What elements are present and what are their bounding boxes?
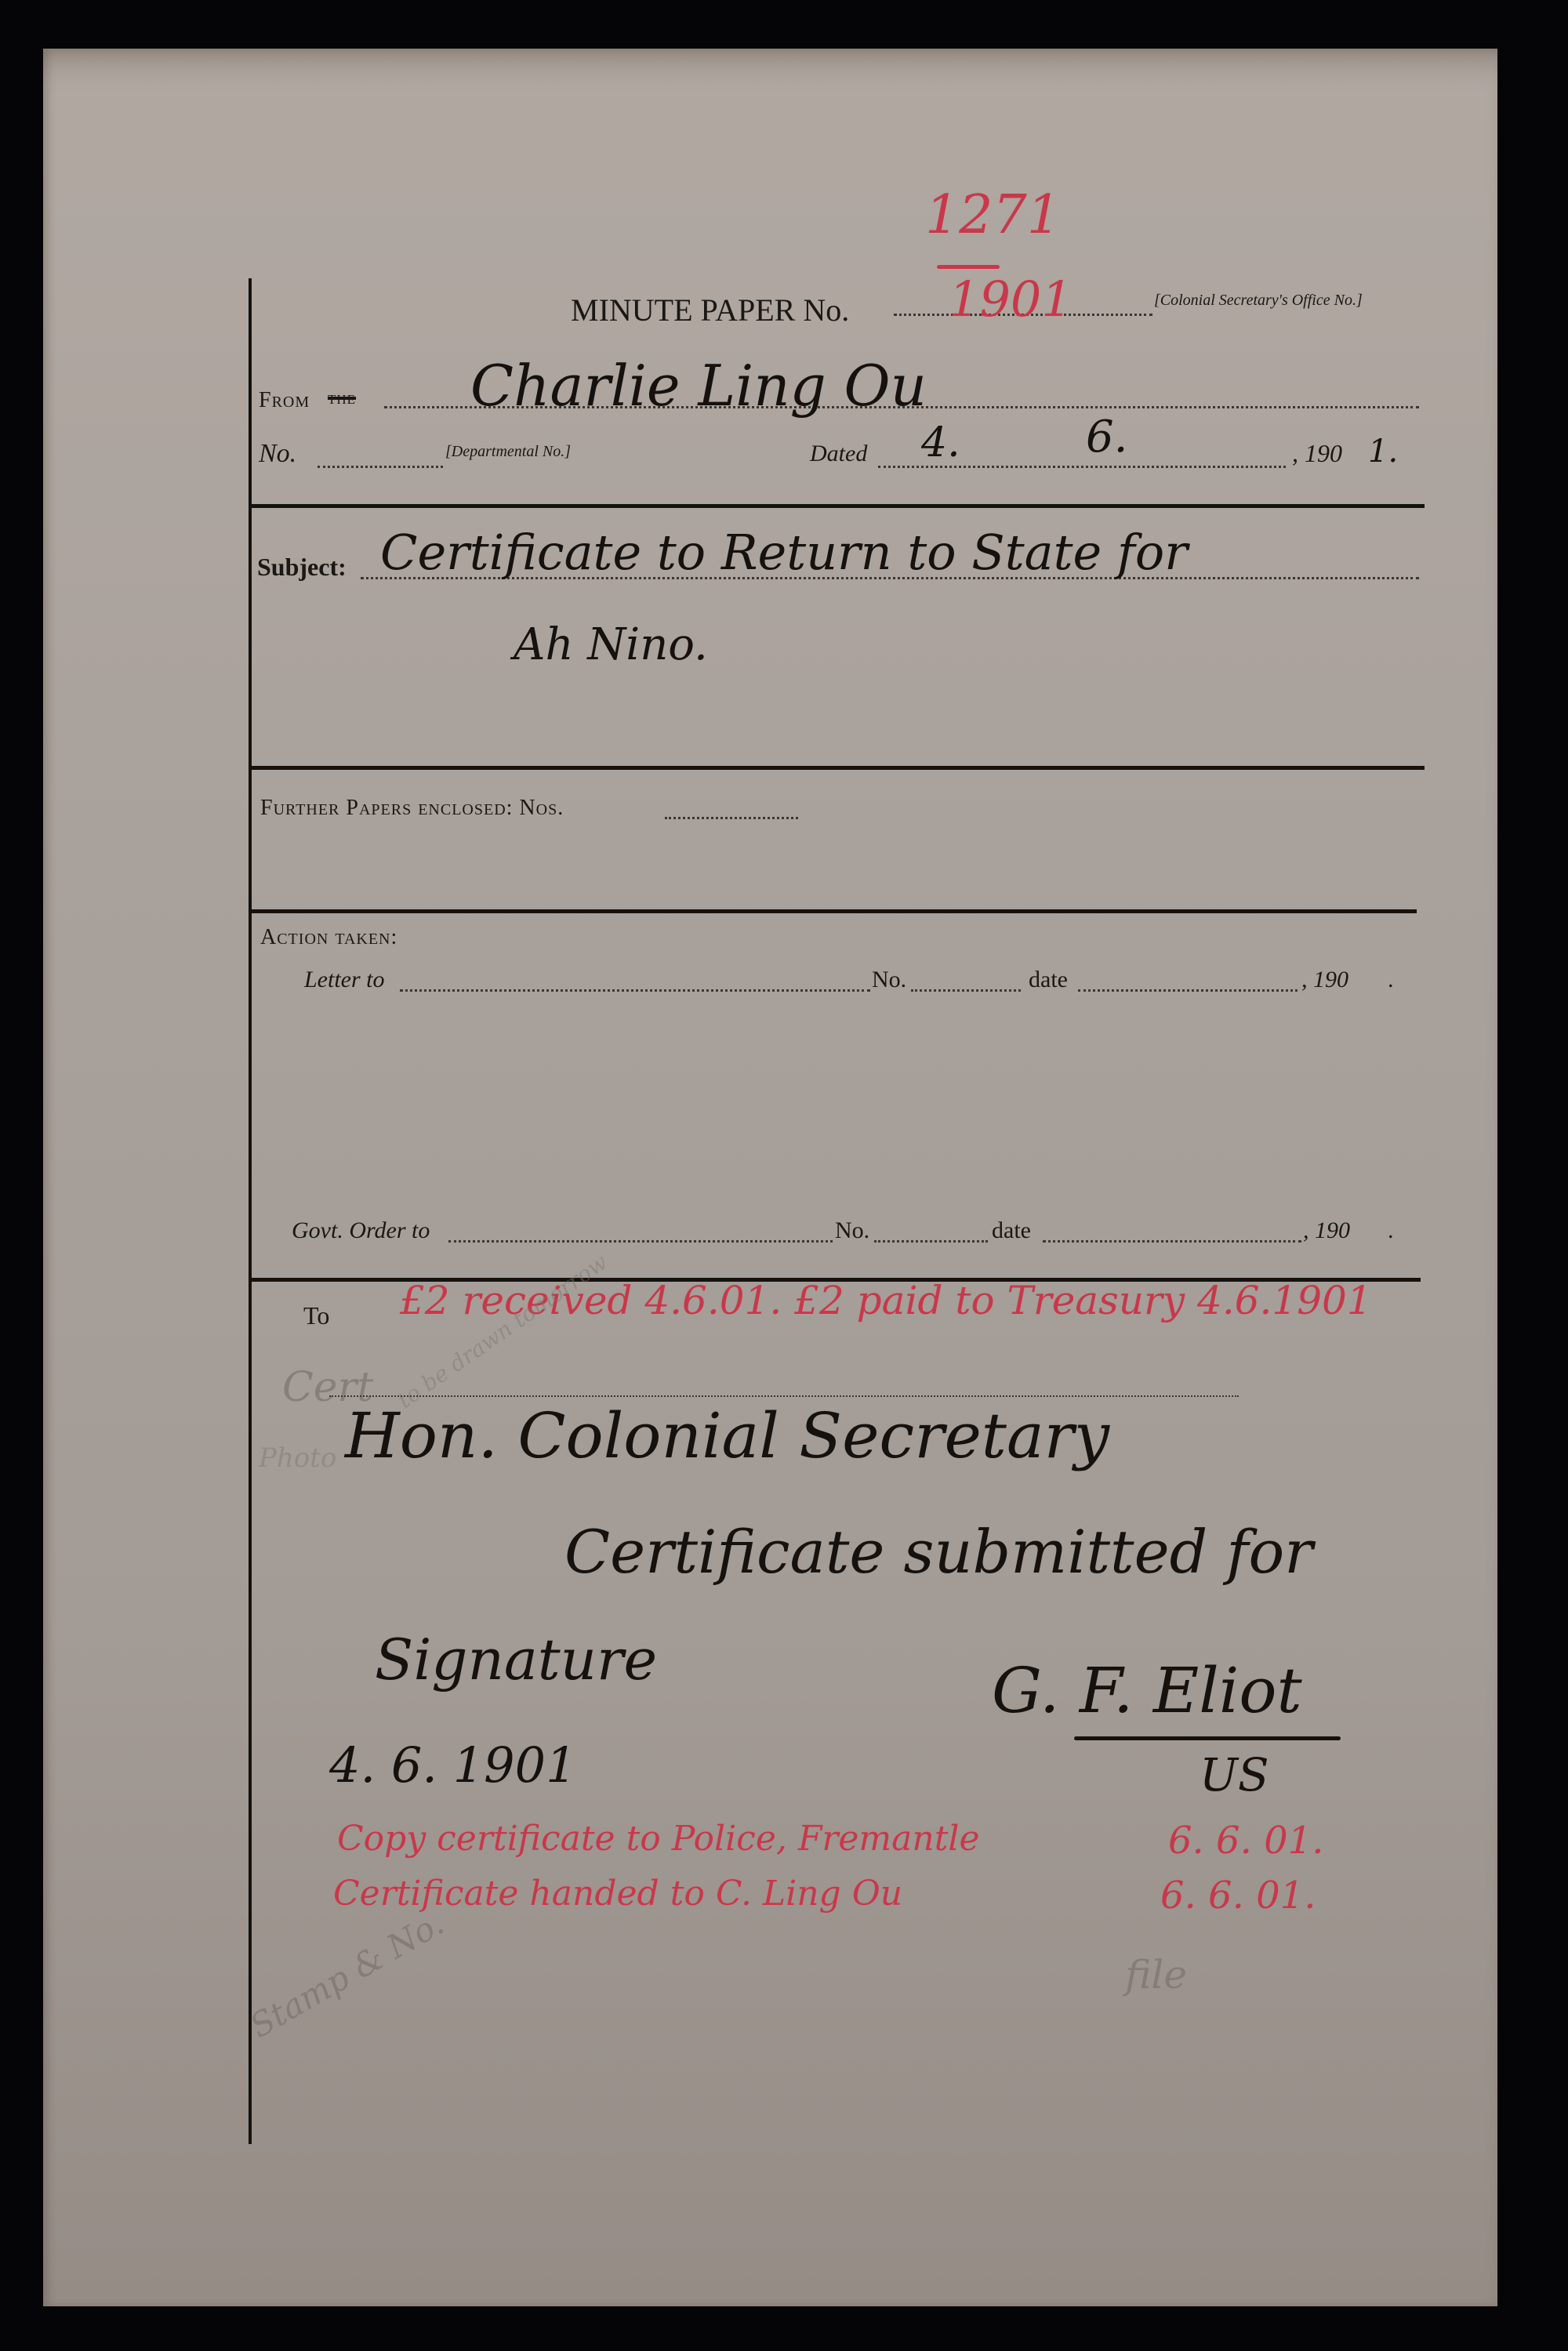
action-taken-label: Action taken: (260, 925, 397, 950)
red-note-line-2: Certificate handed to C. Ling Ou (333, 1874, 902, 1914)
letter-to-label: Letter to (304, 967, 385, 993)
govt-order-no-field[interactable] (874, 1240, 988, 1243)
subject-label: Subject: (257, 553, 347, 582)
govt-order-end: . (1388, 1217, 1394, 1244)
from-value[interactable]: Charlie Ling Ou (470, 353, 927, 419)
minute-body-line-1: Certificate submitted for (564, 1517, 1313, 1587)
left-margin-rule (249, 278, 252, 2144)
minute-paper-title: MINUTE PAPER No. (571, 292, 849, 328)
govt-order-no-label: No. (835, 1217, 869, 1244)
red-note-line-1-date: 6. 6. 01. (1168, 1819, 1323, 1863)
govt-order-date-field[interactable] (1043, 1240, 1301, 1243)
dated-year-suffix[interactable]: 1. (1368, 434, 1398, 470)
from-label: From (259, 388, 310, 413)
to-label: To (303, 1301, 329, 1330)
minute-number-numerator: 1271 (925, 184, 1061, 246)
pencil-photo-note: Photo (259, 1442, 336, 1474)
letter-year: , 190 (1301, 967, 1348, 993)
minute-body-line-2: Signature (375, 1627, 657, 1693)
red-note-line-1: Copy certificate to Police, Fremantle (337, 1819, 980, 1859)
minute-date: 4. 6. 1901 (329, 1736, 577, 1794)
section-divider-1 (249, 504, 1425, 508)
minute-number-fraction-bar (937, 265, 1000, 269)
dated-label: Dated (810, 441, 867, 467)
pencil-file-note: file (1125, 1952, 1187, 1997)
signature: G. F. Eliot (992, 1654, 1302, 1727)
office-number-note: [Colonial Secretary's Office No.] (1154, 292, 1363, 310)
letter-end: . (1388, 967, 1394, 993)
minute-number-denominator: 1901 (949, 270, 1073, 328)
govt-order-field[interactable] (448, 1240, 833, 1243)
subject-line-1[interactable]: Certificate to Return to State for (380, 524, 1188, 581)
dated-year-prefix: , 190 (1292, 439, 1342, 468)
red-note-line-2-date: 6. 6. 01. (1160, 1874, 1316, 1917)
departmental-no-note: [Departmental No.] (445, 443, 571, 461)
further-papers-label: Further Papers enclosed: Nos. (260, 796, 564, 821)
from-struck-word: the (328, 388, 356, 409)
to-field-line (329, 1395, 1239, 1397)
letter-date-label: date (1029, 967, 1068, 993)
letter-no-field[interactable] (911, 989, 1021, 992)
further-papers-field[interactable] (665, 817, 798, 819)
govt-order-label: Govt. Order to (292, 1217, 430, 1244)
letter-date-field[interactable] (1078, 989, 1298, 992)
letter-to-field[interactable] (400, 989, 870, 992)
departmental-no-label: No. (259, 439, 296, 469)
govt-order-year: , 190 (1303, 1217, 1350, 1244)
section-divider-2 (249, 766, 1425, 770)
addressee: Hon. Colonial Secretary (345, 1399, 1109, 1472)
dated-month[interactable]: 6. (1086, 412, 1127, 463)
section-divider-3 (249, 909, 1417, 913)
signature-flourish (1074, 1736, 1341, 1740)
letter-no-label: No. (872, 967, 906, 993)
govt-order-date-label: date (992, 1217, 1031, 1244)
departmental-no-field[interactable] (318, 466, 443, 468)
dated-day[interactable]: 4. (921, 419, 960, 466)
signature-title: US (1200, 1748, 1269, 1801)
subject-line-2[interactable]: Ah Nino. (514, 619, 708, 670)
